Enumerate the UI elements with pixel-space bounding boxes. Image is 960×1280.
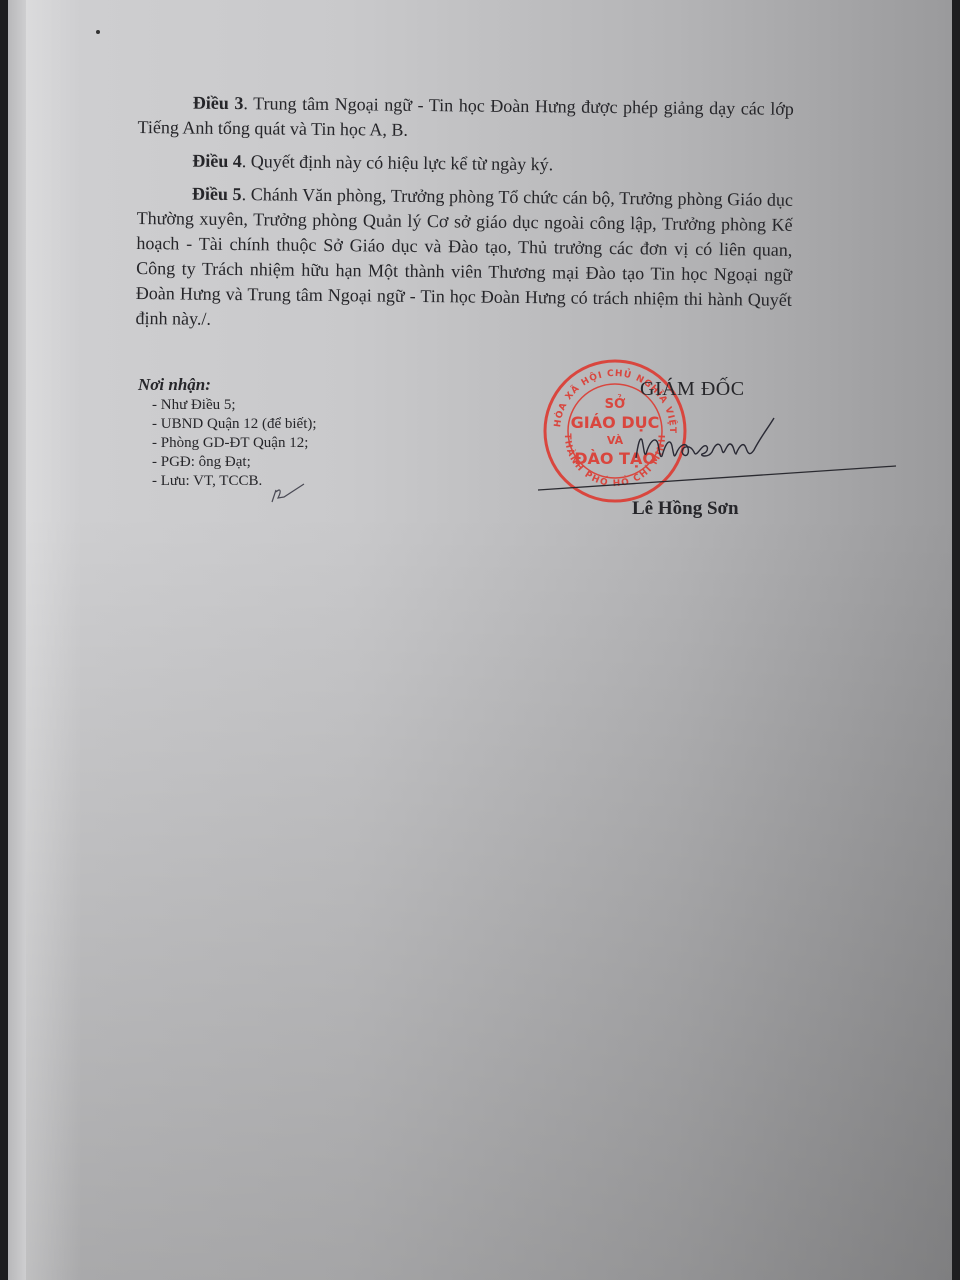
article-5: Điều 5. Chánh Văn phòng, Trưởng phòng Tổ…	[135, 181, 793, 338]
recipients-title: Nơi nhận:	[138, 374, 317, 396]
recipient-item: - PGĐ: ông Đạt;	[152, 453, 317, 472]
signer-name: Lê Hồng Sơn	[632, 498, 739, 520]
recipient-item: - UBND Quận 12 (để biết);	[152, 415, 317, 434]
article-label: Điều 5	[192, 184, 242, 205]
recipients-section: Nơi nhận: - Như Điều 5; - UBND Quận 12 (…	[138, 374, 317, 491]
article-4: Điều 4. Quyết định này có hiệu lực kể từ…	[137, 148, 793, 180]
article-text: . Quyết định này có hiệu lực kể từ ngày …	[242, 151, 554, 174]
article-text: . Chánh Văn phòng, Trưởng phòng Tổ chức …	[136, 184, 793, 329]
svg-text:VÀ: VÀ	[607, 434, 624, 447]
dust-speck	[96, 30, 100, 34]
recipients-list: - Như Điều 5; - UBND Quận 12 (để biết); …	[138, 396, 317, 491]
document-body: Điều 3. Trung tâm Ngoại ngữ - Tin học Đo…	[135, 90, 794, 346]
recipient-item: - Phòng GD-ĐT Quận 12;	[152, 434, 317, 453]
article-3: Điều 3. Trung tâm Ngoại ngữ - Tin học Đo…	[137, 90, 793, 147]
article-label: Điều 3	[193, 93, 244, 114]
handwritten-initial-icon	[268, 480, 308, 506]
svg-text:SỞ: SỞ	[605, 395, 626, 412]
director-title: GIÁM ĐỐC	[640, 378, 745, 401]
signature-block: CỘNG HÒA XÃ HỘI CHỦ NGHĨA VIỆT NAM THÀNH…	[530, 356, 910, 526]
recipient-item: - Như Điều 5;	[152, 396, 317, 415]
article-label: Điều 4	[192, 151, 242, 172]
signature-underline	[536, 464, 898, 494]
